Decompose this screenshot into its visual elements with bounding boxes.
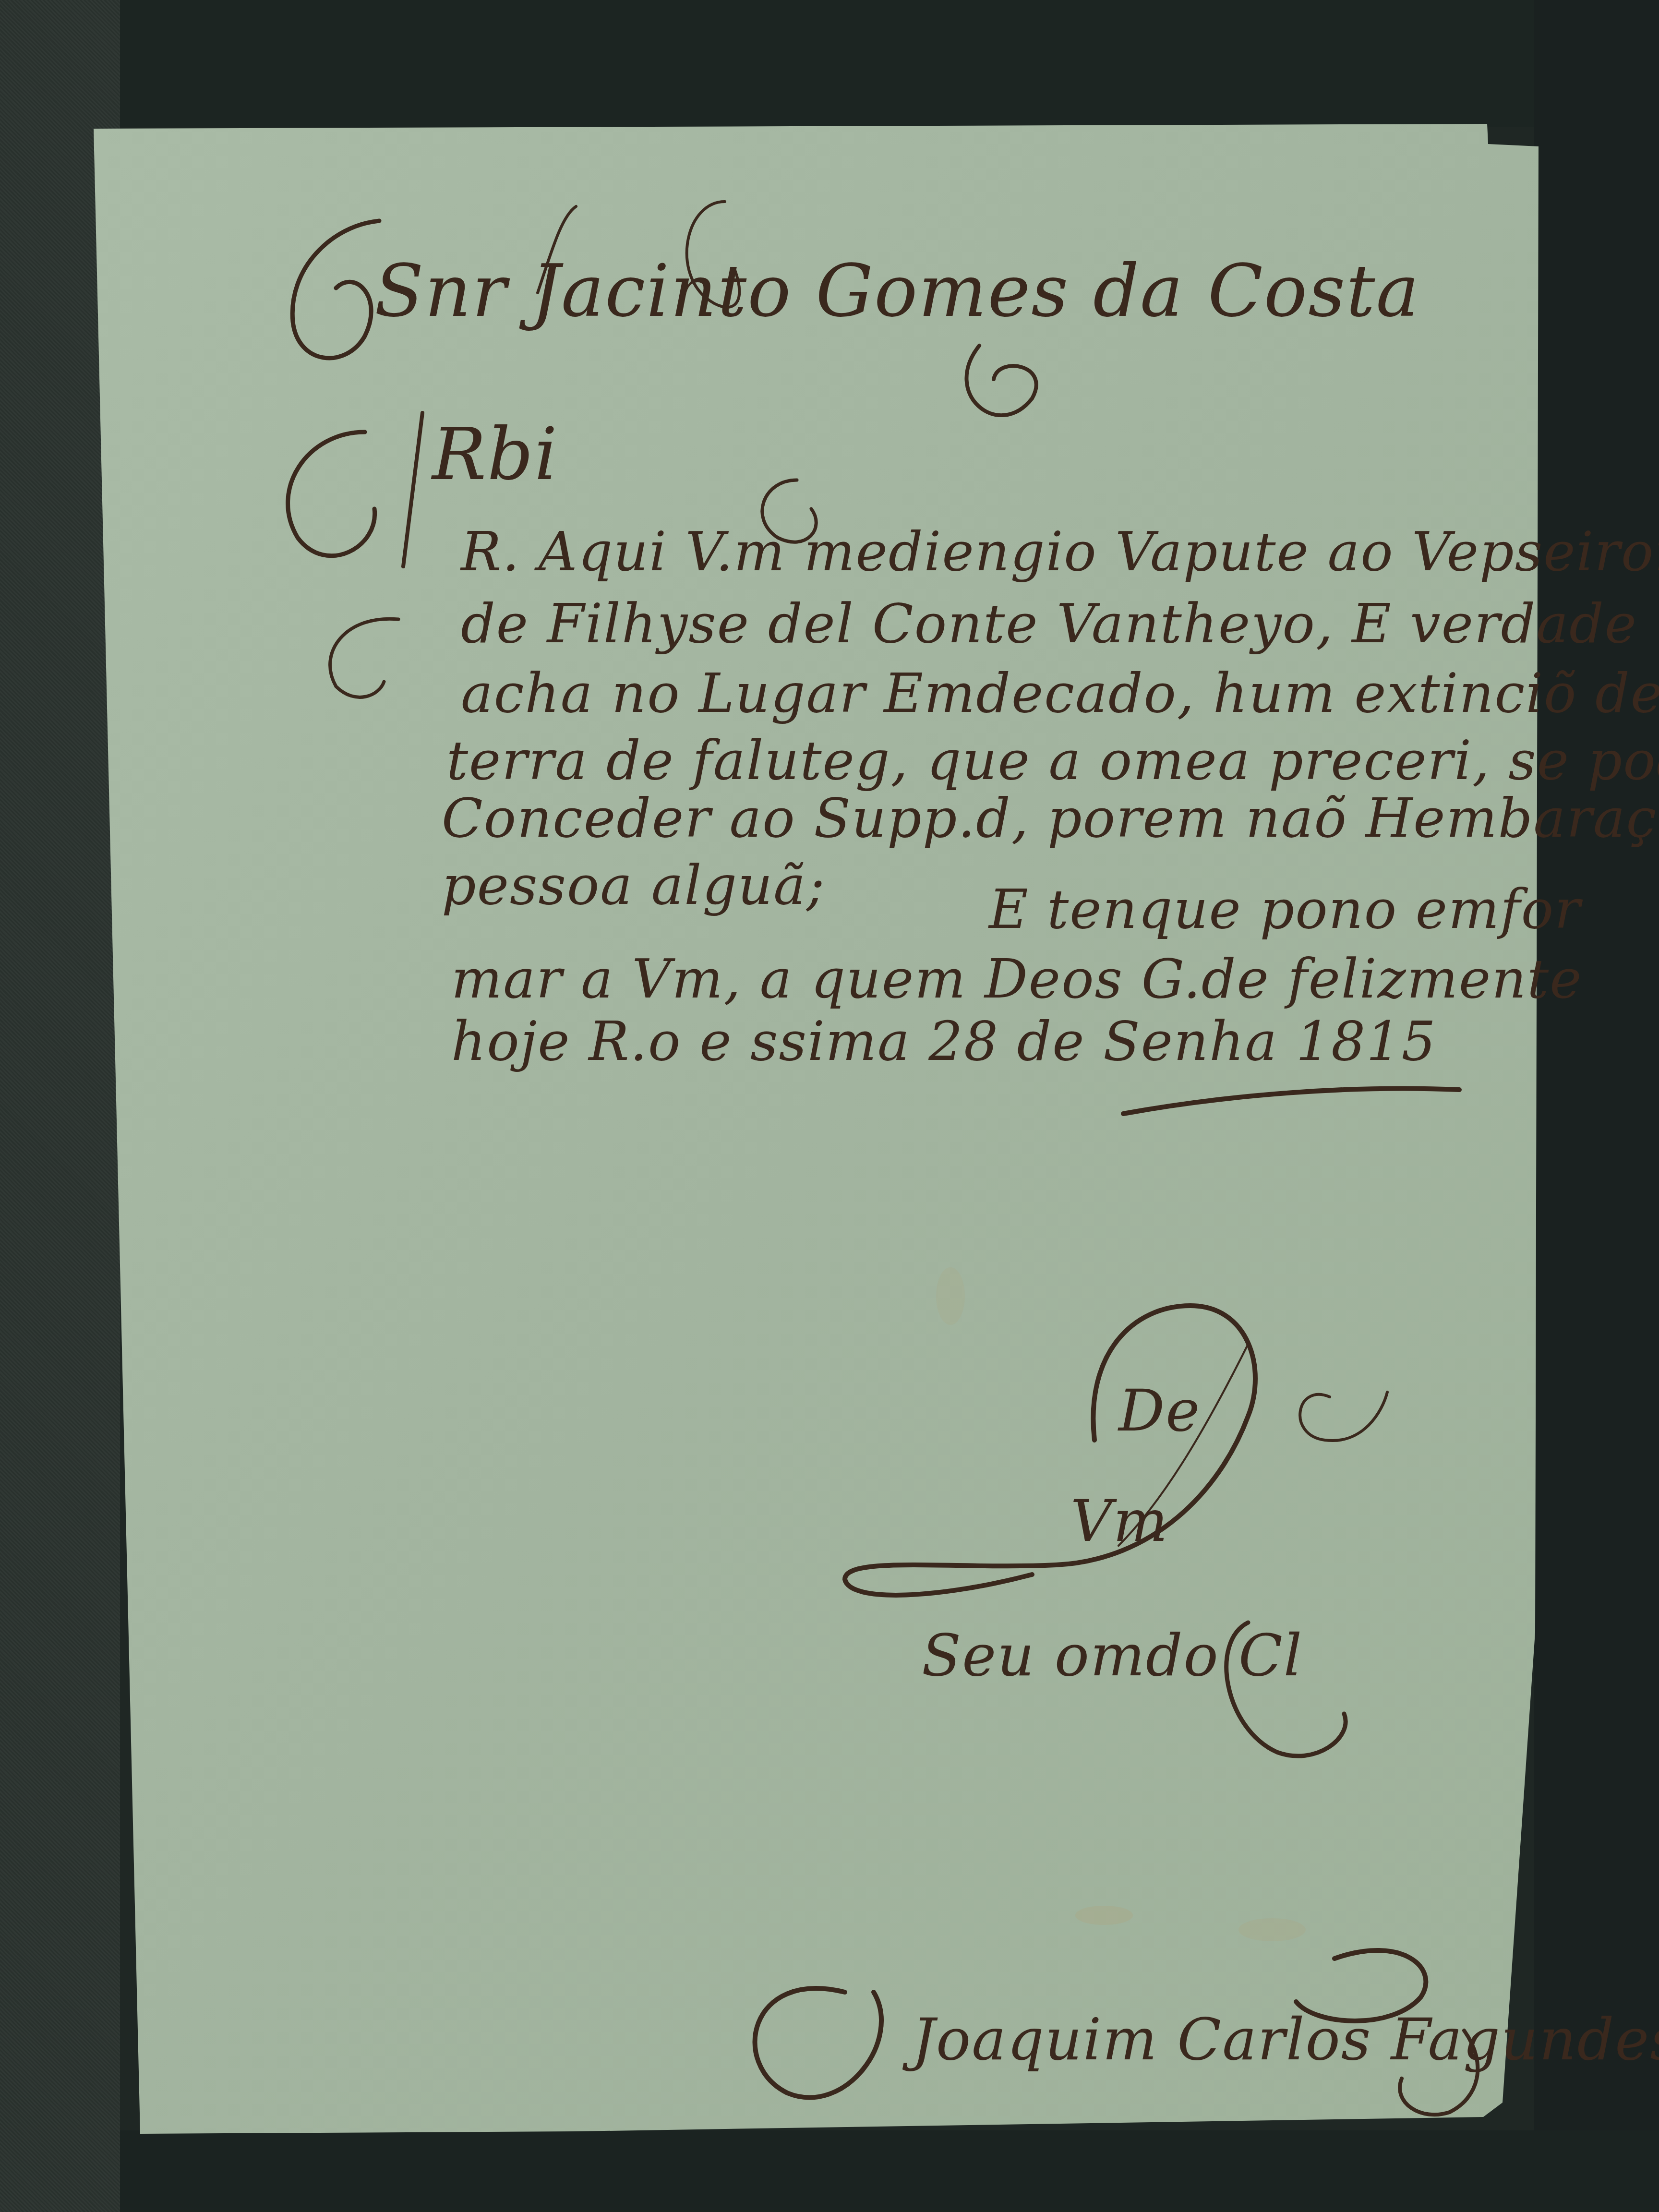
closing-de: De — [1118, 1378, 1201, 1444]
signature: Joaquim Carlos Fagundes — [912, 2007, 1659, 2073]
body-line-4: terra de faluteg, que a omea preceri, se… — [446, 730, 1659, 792]
body-line-1: R. Aqui V.m mediengio Vapute ao Vepseiro… — [461, 521, 1659, 583]
body-line-8: mar a Vm, a quem Deos G.de felizmente — [451, 948, 1583, 1010]
closing-seu-omdo: Seu omdo Cl — [922, 1623, 1303, 1689]
salutation: Rbi — [432, 413, 558, 496]
addressee-heading: Snr Jacinto Gomes da Costa — [374, 250, 1420, 333]
body-line-3: acha no Lugar Emdecado, hum extinciõ de — [461, 662, 1659, 725]
body-line-2: de Filhyse del Conte Vantheyo, E verdade… — [461, 593, 1659, 655]
manuscript-sheet: Snr Jacinto Gomes da Costa Rbi R. Aqui V… — [0, 0, 1659, 2212]
closing-vm: Vm — [1070, 1488, 1168, 1555]
body-line-9-date: hoje R.o e ssima 28 de Senha 1815 — [451, 1010, 1437, 1073]
body-line-6: pessoa alguã; — [442, 854, 826, 917]
body-line-7: E tenque pono emfor — [989, 878, 1581, 941]
body-line-5: Conceder ao Supp.d, porem naõ Hembaraçar… — [442, 787, 1659, 850]
